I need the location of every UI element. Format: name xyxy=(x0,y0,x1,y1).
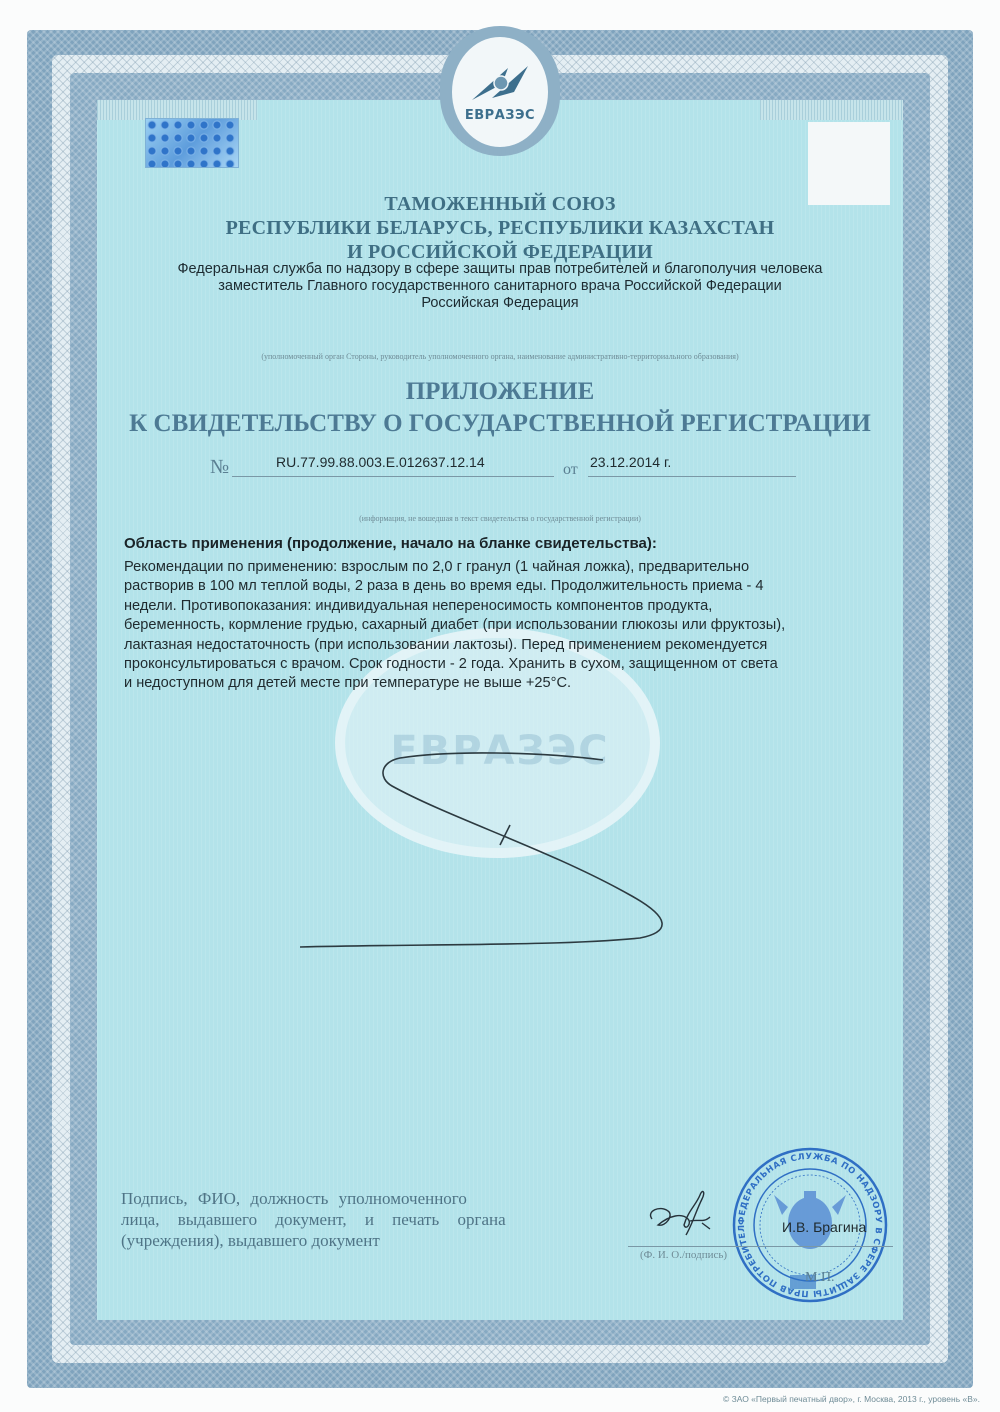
date-label: от xyxy=(563,461,578,479)
emblem: ЕВРАЗЭС xyxy=(452,37,548,147)
scope-heading: Область применения (продолжение, начало … xyxy=(124,535,657,552)
number-underline xyxy=(232,476,554,477)
microtext-strip xyxy=(760,100,903,120)
scope-line: недели. Противопоказания: индивидуальная… xyxy=(124,597,884,616)
stamp-place-label: М.П. xyxy=(805,1270,835,1286)
appendix-title: ПРИЛОЖЕНИЕ К СВИДЕТЕЛЬСТВУ О ГОСУДАРСТВЕ… xyxy=(97,376,903,440)
signature-label-line: Подпись, ФИО, должность уполномоченного xyxy=(121,1188,551,1209)
registration-hint: (информация, не вошедшая в текст свидете… xyxy=(97,514,903,523)
agency-hint: (уполномоченный орган Стороны, руководит… xyxy=(97,352,903,361)
hologram-icon xyxy=(145,118,239,168)
signature-label: Подпись, ФИО, должность уполномоченного … xyxy=(121,1188,551,1251)
union-title: ТАМОЖЕННЫЙ СОЮЗ РЕСПУБЛИКИ БЕЛАРУСЬ, РЕС… xyxy=(97,192,903,264)
scope-line: Рекомендации по применению: взрослым по … xyxy=(124,558,884,577)
title-line: К СВИДЕТЕЛЬСТВУ О ГОСУДАРСТВЕННОЙ РЕГИСТ… xyxy=(97,408,903,440)
fio-hint: (Ф. И. О./подпись) xyxy=(640,1249,727,1261)
eurasec-emblem-icon xyxy=(468,62,532,104)
registration-date: 23.12.2014 г. xyxy=(590,454,671,470)
scope-text: Рекомендации по применению: взрослым по … xyxy=(124,558,884,694)
scope-line: растворив в 100 мл теплой воды, 2 раза в… xyxy=(124,577,884,596)
date-underline xyxy=(588,476,796,477)
scope-line: беременность, кормление грудью, сахарный… xyxy=(124,616,884,635)
issuing-agency: Федеральная служба по надзору в сфере за… xyxy=(97,261,903,312)
signer-name: И.В. Брагина xyxy=(782,1219,866,1235)
number-label: № xyxy=(210,456,229,479)
signature-label-line: лица, выдавшего документ, и печать орган… xyxy=(121,1209,551,1230)
union-line: РЕСПУБЛИКИ БЕЛАРУСЬ, РЕСПУБЛИКИ КАЗАХСТА… xyxy=(97,216,903,240)
scope-line: проконсультироваться с врачом. Срок годн… xyxy=(124,655,884,674)
signature-label-line: (учреждения), выдавшего документ xyxy=(121,1230,551,1251)
fio-underline xyxy=(628,1246,893,1247)
cancellation-stroke xyxy=(300,700,700,960)
registration-number: RU.77.99.88.003.E.012637.12.14 xyxy=(276,454,485,470)
scope-line: и недоступном для детей месте при темпер… xyxy=(124,674,884,693)
microtext-strip xyxy=(97,100,257,120)
agency-line: Федеральная служба по надзору в сфере за… xyxy=(97,261,903,278)
printer-imprint: © ЗАО «Первый печатный двор», г. Москва,… xyxy=(723,1394,980,1404)
title-line: ПРИЛОЖЕНИЕ xyxy=(97,376,903,408)
union-line: ТАМОЖЕННЫЙ СОЮЗ xyxy=(97,192,903,216)
registration-line: № RU.77.99.88.003.E.012637.12.14 от 23.1… xyxy=(210,452,795,478)
handwritten-signature xyxy=(640,1185,730,1245)
scope-line: лактазная недостаточность (при использов… xyxy=(124,636,884,655)
agency-line: Российская Федерация xyxy=(97,295,903,312)
emblem-label: ЕВРАЗЭС xyxy=(465,108,535,123)
agency-line: заместитель Главного государственного са… xyxy=(97,278,903,295)
